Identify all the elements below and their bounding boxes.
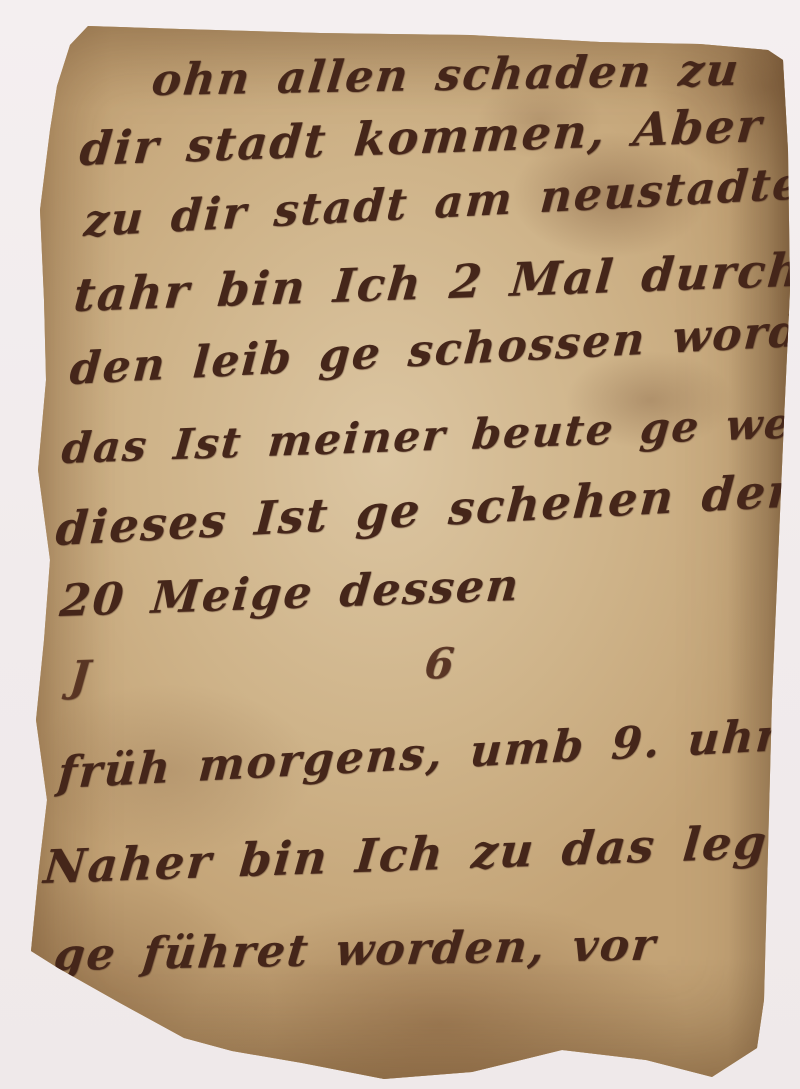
- manuscript-line-8: 20 Meige dessen: [58, 560, 523, 627]
- manuscript-line-12: ge führet worden, vor: [51, 919, 659, 981]
- manuscript-line-2: dir stadt kommen, Aber: [78, 98, 766, 176]
- manuscript-line-7: dieses Ist ge schehen den: [54, 463, 800, 556]
- manuscript-page: ohn allen schaden zu dir stadt kommen, A…: [0, 0, 800, 1089]
- manuscript-line-4: tahr bin Ich 2 Mal durch: [72, 242, 800, 322]
- manuscript-line-1: ohn allen schaden zu: [149, 45, 742, 106]
- manuscript-line-11: Naher bin Ich zu das leger: [42, 813, 800, 894]
- manuscript-line-10: früh morgens, umb 9. uhr: [56, 710, 782, 799]
- scan-background: ohn allen schaden zu dir stadt kommen, A…: [0, 0, 800, 1089]
- manuscript-line-6: das Ist meiner beute ge wessen: [60, 394, 800, 473]
